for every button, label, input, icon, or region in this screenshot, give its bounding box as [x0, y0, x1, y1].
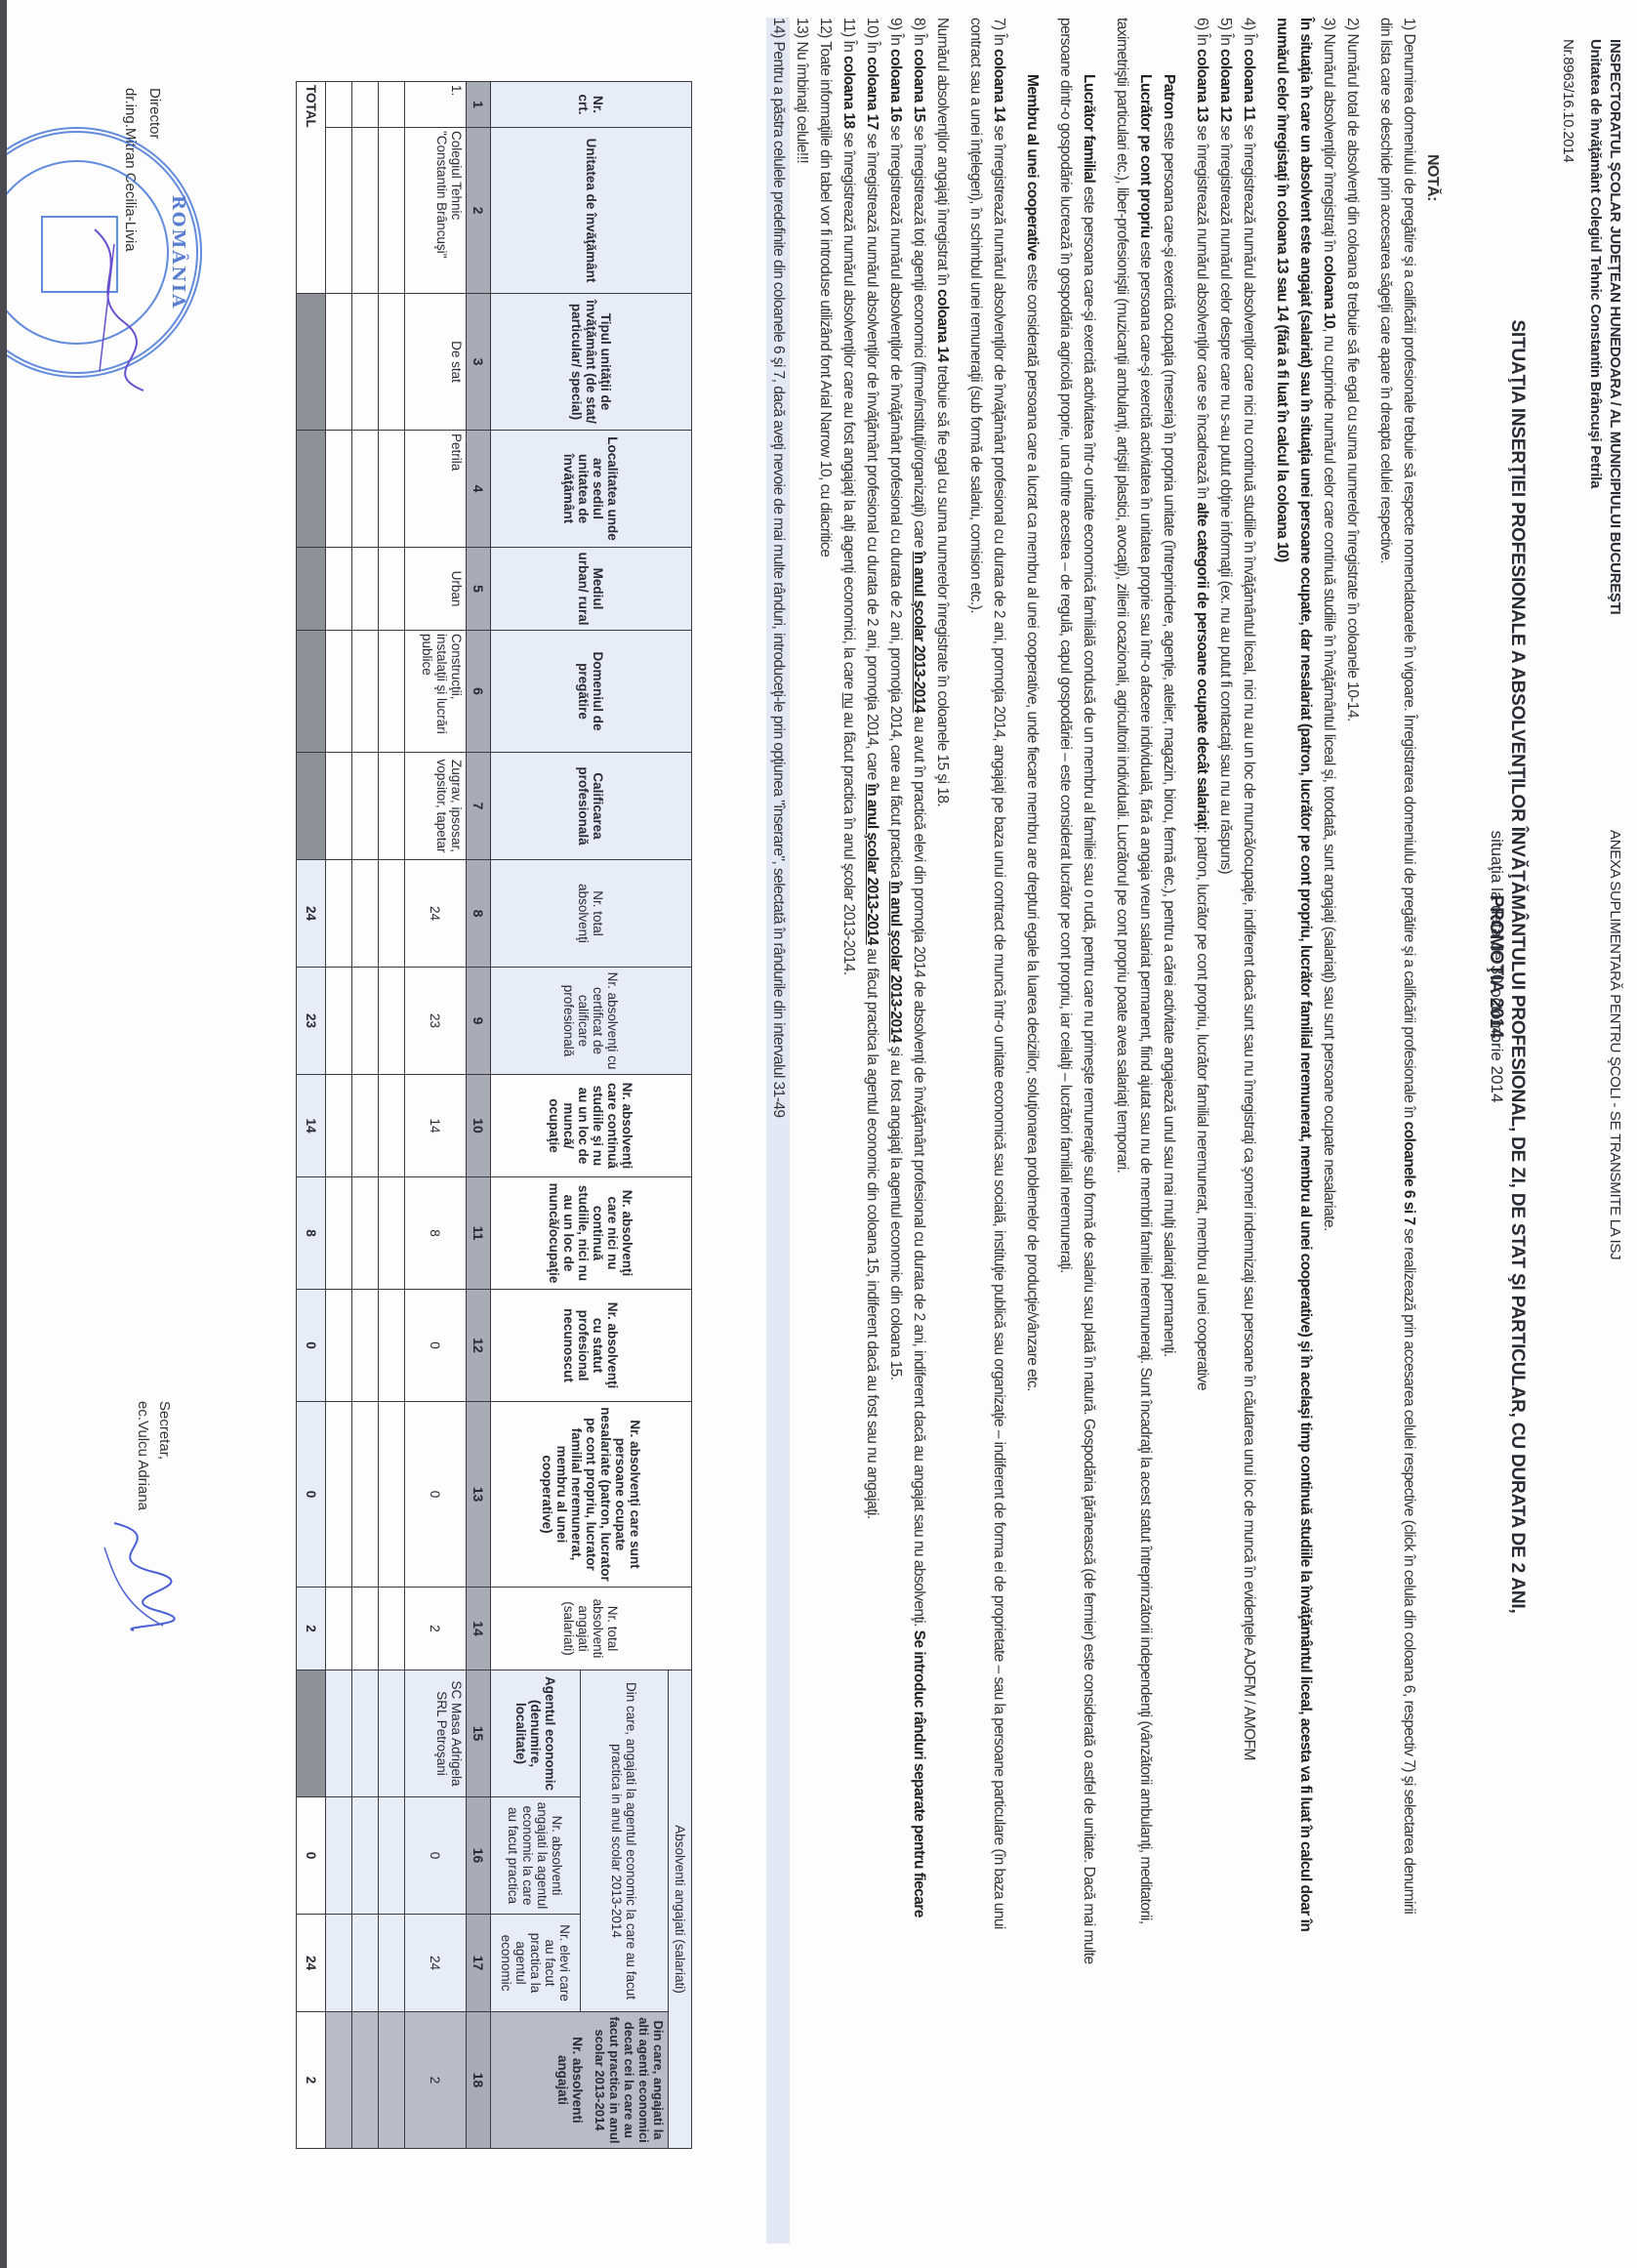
cell-locality: Petrila: [405, 431, 467, 548]
note-10: 10) În coloana 17 se înregistrează număr…: [860, 18, 883, 2244]
cell-total: 24: [405, 860, 467, 968]
cell-unknown: 0: [405, 1290, 467, 1402]
cell-nr: 1.: [405, 82, 467, 128]
note-4: 4) În coloana 11 se înregistrează număru…: [1237, 18, 1260, 2244]
note-11: 11) În coloana 18 se înregistrează număr…: [837, 18, 860, 2244]
total-continue-studies: 14: [297, 1075, 326, 1177]
inspectorate-name: INSPECTORATUL ŞCOLAR JUDEŢEAN HUNEDOARA …: [1607, 39, 1623, 614]
definition-family-worker-cont: persoane dintr-o gospodărie lucrează în …: [1053, 18, 1077, 2244]
cell-self-employed: 0: [405, 1402, 467, 1588]
note-1: 1) Denumirea domeniului de pregătire şi …: [1397, 18, 1420, 2244]
total-certified: 23: [297, 968, 326, 1075]
empty-row: [352, 82, 379, 2149]
notes-title: NOTĂ:: [1420, 154, 1444, 2244]
header-certified: Nr. absolvenţi cu certificat de califica…: [491, 968, 692, 1075]
total-employed: 2: [297, 1588, 326, 1670]
secretary-name: ec.Vulcu Adriana: [135, 1401, 151, 1510]
header-total-graduates: Nr. total absolvenţi: [491, 860, 692, 968]
cell-unit-type: De stat: [405, 294, 467, 431]
header-subgroup-practice-agent: Din care, angajati la agentul economic l…: [581, 1670, 669, 2012]
header-domain: Domeniul de pregătire: [491, 631, 692, 753]
secretary-signature-icon: [95, 1518, 183, 1635]
table-row: 1. Colegiul Tehnic "Constantin Brâncuşi"…: [405, 82, 467, 2149]
cell-employed-at-agent: 0: [405, 1797, 467, 1915]
header-employed-other: Nr. absolventi angajati: [555, 2015, 585, 2145]
cell-agent: SC Masa Adrigela SRL Petroşani: [405, 1670, 467, 1797]
empty-row: [326, 82, 352, 2149]
annex-label: ANEXA SUPLIMENTARĂ PENTRU ŞCOLI - SE TRA…: [1607, 830, 1623, 1259]
notes-section: NOTĂ: 1) Denumirea domeniului de pregăti…: [766, 18, 1444, 2244]
note-5: 5) În coloana 12 se înregistrează număru…: [1213, 18, 1237, 2244]
header-unit-type: Tipul unităţii de învăţământ (de stat/ p…: [491, 294, 692, 431]
header-subgroup-other-agents: Din care, angajati la alti agenti econom…: [491, 2012, 669, 2149]
note-8: 8) În coloana 15 se înregistrează toţi a…: [907, 18, 930, 2244]
note-3-bold: În situaţia în care un absolvent este an…: [1293, 18, 1317, 2244]
total-unknown: 0: [297, 1290, 326, 1402]
note-2: 2) Numărul total de absolvenţi din coloa…: [1340, 18, 1364, 2244]
note-1-cont: din lista care se deschide prin accesare…: [1373, 18, 1397, 2244]
director-title: Director: [146, 88, 163, 140]
header-unit: Unitatea de învăţământ: [491, 128, 692, 294]
note-3-bold-cont: numărul celor înregistaţi în coloana 13 …: [1270, 18, 1293, 2244]
document-subtitle: situaţia la data de 30 octombrie 2014: [1487, 674, 1506, 1259]
column-number-row: 123 456 789 101112 131415 161718: [467, 82, 491, 2149]
header-neither: Nr. absolvenţi care nici nu continuă stu…: [491, 1177, 692, 1290]
header-employed-group: Absolventi angajati (salariati): [669, 1670, 692, 2149]
cell-employed-total: 2: [405, 1588, 467, 1670]
header-qualification: Calificarea profesională: [491, 753, 692, 860]
note-9: 9) În coloana 16 se înregistrează număru…: [883, 18, 907, 2244]
empty-row: [379, 82, 405, 2149]
cell-employed-other: 2: [405, 2012, 467, 2149]
cell-qualification: Zugrav, ipsosar, vopsitor, tapetar: [405, 753, 467, 860]
note-7: 7) În coloana 14 se înregistrează număru…: [987, 18, 1010, 2244]
school-unit: Unitatea de învăţământ Colegiul Tehnic C…: [1587, 39, 1604, 488]
definition-cooperative-member: Membru al unei cooperative este consider…: [1020, 18, 1044, 2244]
note-3: 3) Numărul absolvenţilor înregistraţi în…: [1317, 18, 1340, 2244]
registration-number: Nr.8963/16.10.2014: [1560, 39, 1576, 162]
header-employed-at-agent: Nr. absolventi angajati la agentul econo…: [491, 1797, 581, 1915]
cell-area: Urban: [405, 548, 467, 631]
cell-certified: 23: [405, 968, 467, 1075]
cell-students-practice: 24: [405, 1915, 467, 2012]
cell-continue-studies: 14: [405, 1075, 467, 1177]
note-7-sum: Numărul absolvenţilor angajaţi înregistr…: [930, 18, 954, 2244]
header-employed-total: Nr. total absolventi angajati (salariati…: [491, 1588, 692, 1670]
note-13: 13) Nu îmbinaţi celule!!!: [790, 18, 813, 2244]
header-locality: Localitatea unde are sediul unitatea de …: [491, 431, 692, 548]
header-unknown-status: Nr. absolvenţi cu statut profesional nec…: [491, 1290, 692, 1402]
total-employed-other: 2: [297, 2012, 326, 2149]
definition-self-employed: Lucrător pe cont propriu este persoana c…: [1133, 18, 1157, 2244]
scan-edge: [0, 0, 7, 2268]
total-graduates: 24: [297, 860, 326, 968]
total-row: TOTAL 24 23 14 8 0 0 2 0 24 2: [297, 82, 326, 2149]
header-students-practice: Nr. elevi care au facut practica la agen…: [491, 1915, 581, 2012]
total-label: TOTAL: [297, 82, 326, 294]
total-neither: 8: [297, 1177, 326, 1290]
director-signature-icon: [75, 225, 153, 400]
note-12: 12) Toate informaţiile din tabel vor fi …: [813, 18, 837, 2244]
cell-unit: Colegiul Tehnic "Constantin Brâncuşi": [405, 128, 467, 294]
document-page: INSPECTORATUL ŞCOLAR JUDEŢEAN HUNEDOARA …: [0, 0, 1637, 2268]
cell-domain: Construcţii, instalaţii şi lucrări publi…: [405, 631, 467, 753]
definition-self-employed-cont: taximetriştii particulari etc.), liber-p…: [1110, 18, 1133, 2244]
header-area: Mediul urban/ rural: [491, 548, 692, 631]
header-economic-agent: Agentul economic (denumire, localitate): [491, 1670, 581, 1797]
total-employed-at-agent: 0: [297, 1797, 326, 1915]
header-nr-crt: Nr. crt.: [491, 82, 692, 128]
note-6: 6) În coloana 13 se înregistrează număru…: [1190, 18, 1213, 2244]
cell-neither: 8: [405, 1177, 467, 1290]
definition-family-worker: Lucrător familial este persoana care-şi …: [1077, 18, 1100, 2244]
definition-patron: Patron este persoana care-şi exercită oc…: [1157, 18, 1180, 2244]
header-self-employed: Nr. absolvenţi care sunt persoane ocupat…: [491, 1402, 692, 1588]
total-self-employed: 0: [297, 1402, 326, 1588]
total-students-practice: 24: [297, 1915, 326, 2012]
insertion-table: Nr. crt. Unitatea de învăţământ Tipul un…: [296, 81, 692, 2149]
note-14: 14) Pentru a păstra celulele predefinite…: [766, 18, 790, 2244]
stamp-top-text: ROMÂNIA: [168, 133, 188, 372]
secretary-title: Secretar,: [156, 1401, 173, 1460]
header-continue-studies: Nr. absolvenţi care continuă studiile şi…: [491, 1075, 692, 1177]
note-7-cont: contract sau a unei înţelegeri), în schi…: [963, 18, 987, 2244]
